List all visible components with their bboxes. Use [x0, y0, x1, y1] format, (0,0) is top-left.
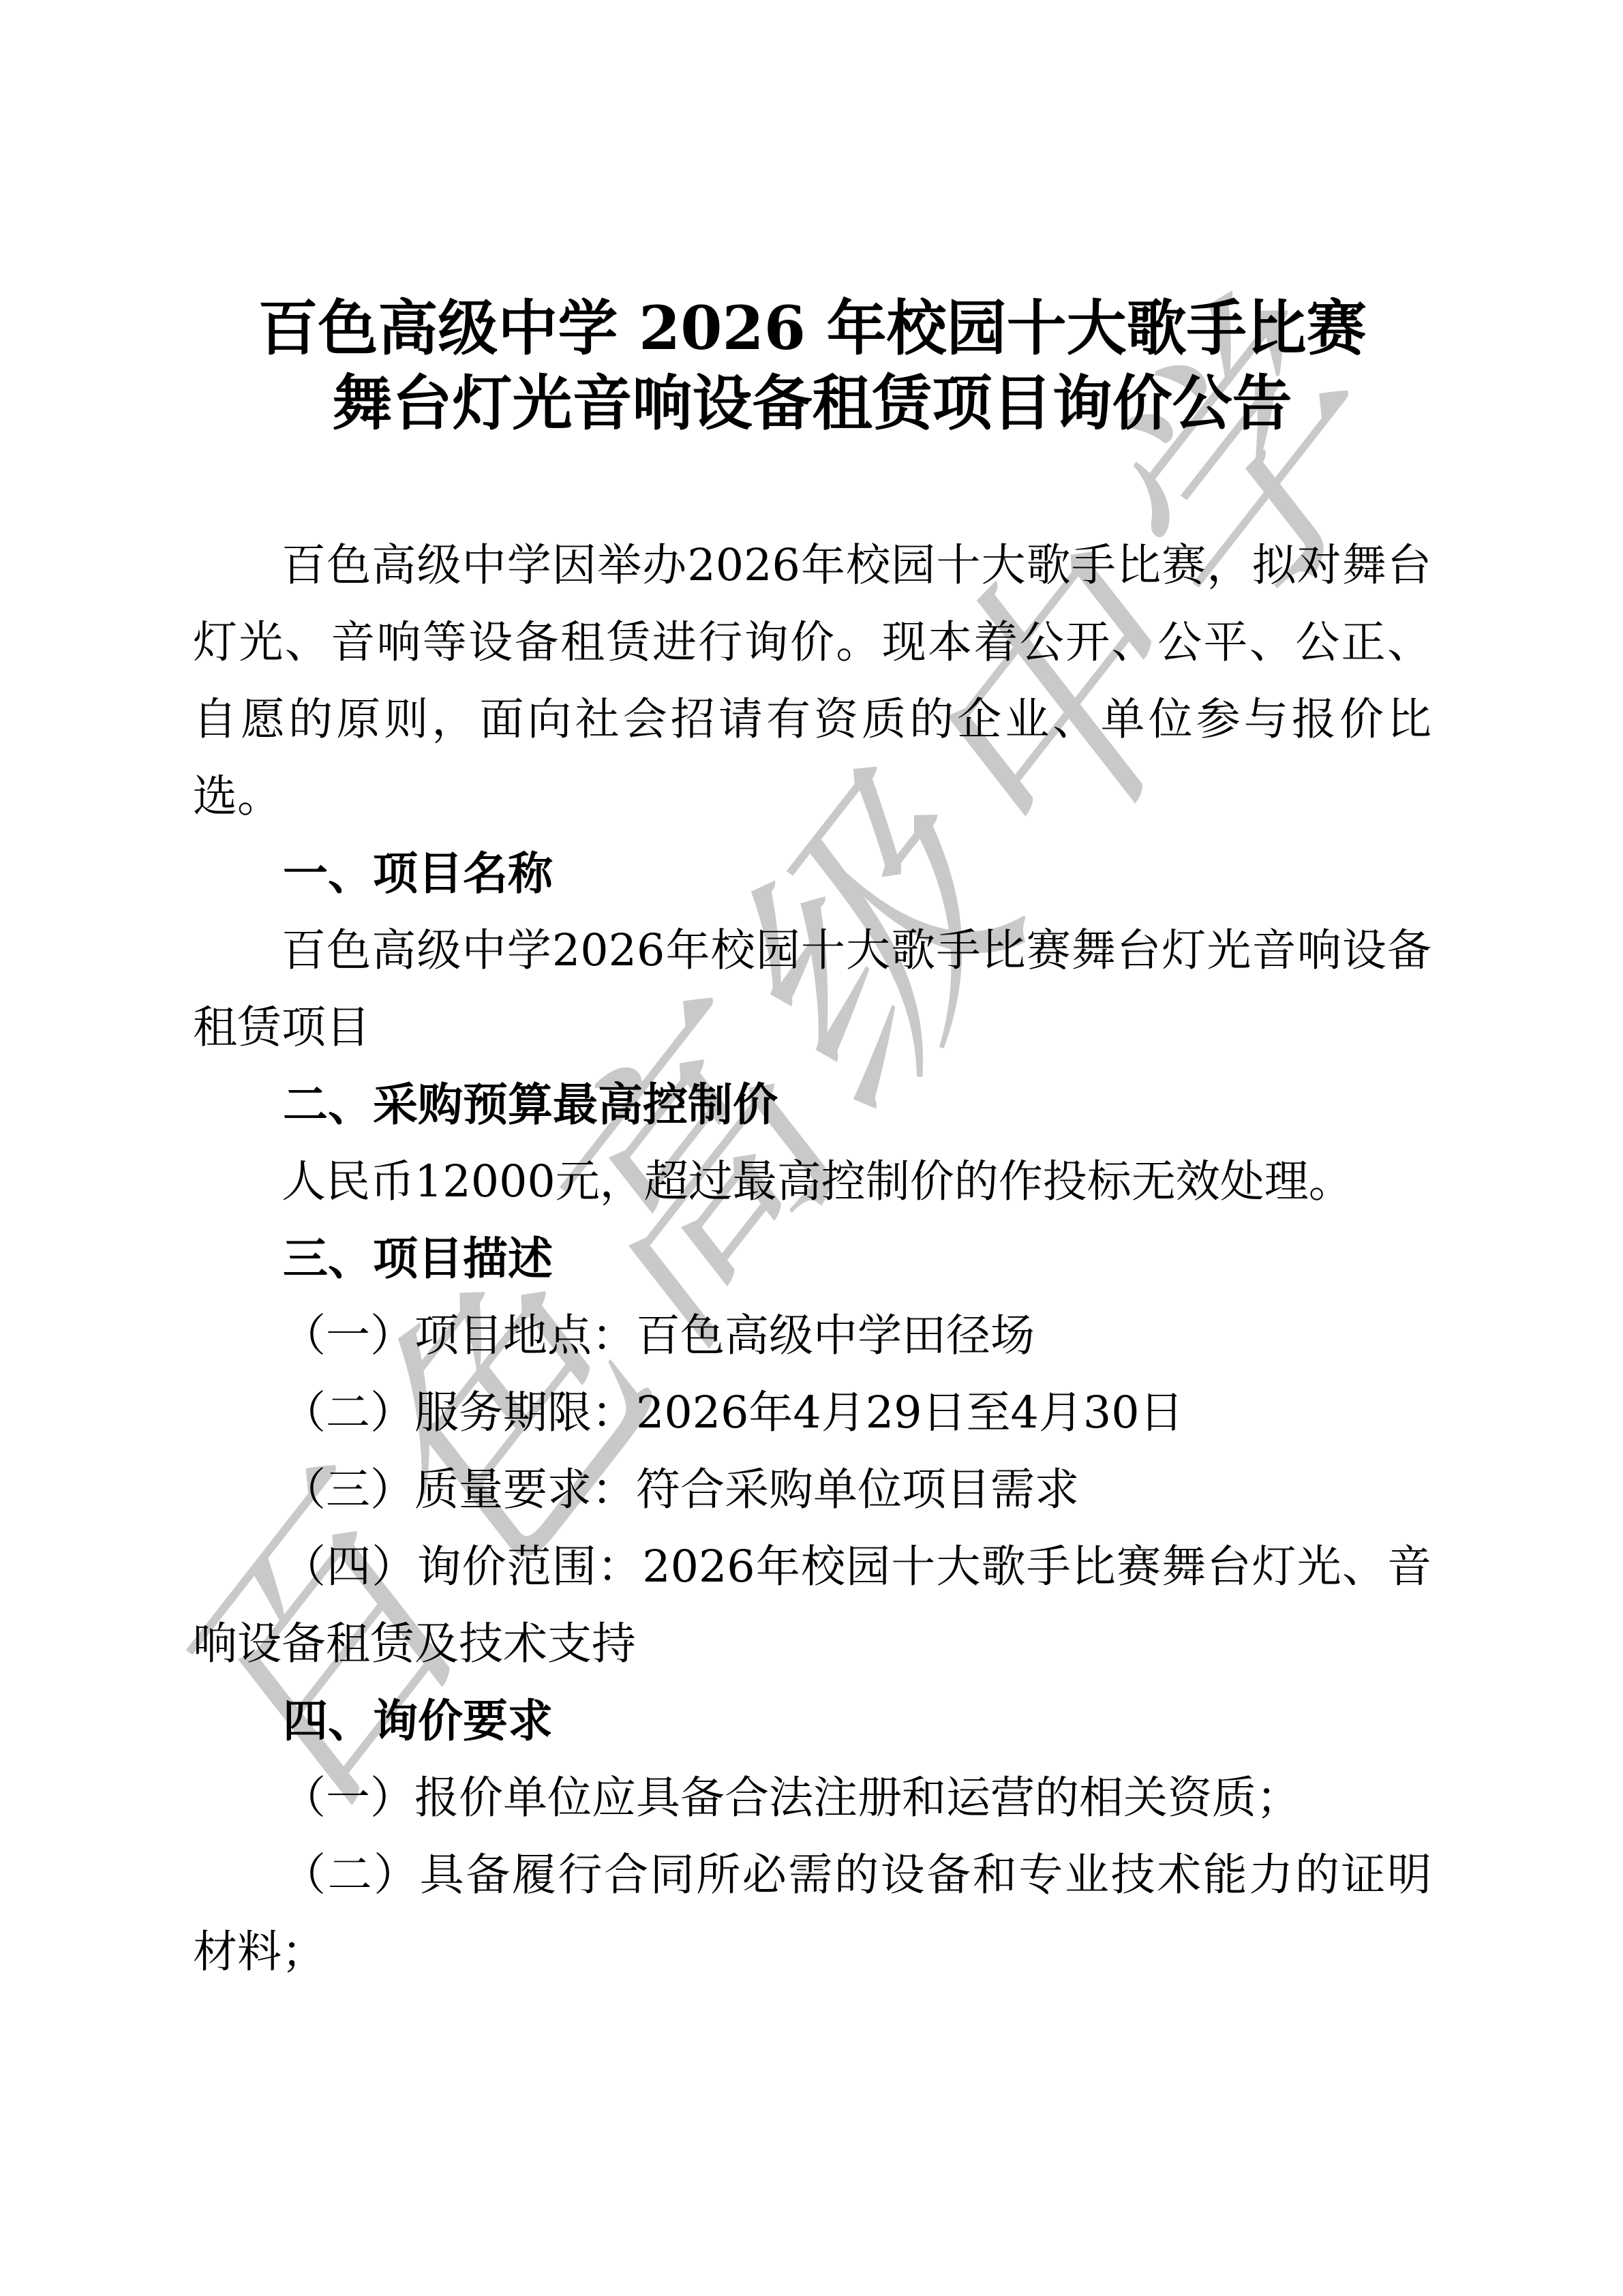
section-4-paragraph-1: （一）报价单位应具备合法注册和运营的相关资质； — [193, 1759, 1431, 1837]
section-4-paragraph-2: （二）具备履行合同所必需的设备和专业技术能力的证明材料； — [193, 1837, 1431, 1991]
document-title-line2: 舞台灯光音响设备租赁项目询价公告 — [193, 365, 1431, 440]
section-3-paragraph-4: （四）询价范围：2026年校园十大歌手比赛舞台灯光、音响设备租赁及技术支持 — [193, 1528, 1431, 1682]
section-3-paragraph-2: （二）服务期限：2026年4月29日至4月30日 — [193, 1374, 1431, 1451]
section-1-heading: 一、项目名称 — [193, 835, 1431, 912]
section-3-paragraph-3: （三）质量要求：符合采购单位项目需求 — [193, 1451, 1431, 1528]
section-4-heading: 四、询价要求 — [193, 1682, 1431, 1759]
section-1-paragraph-1: 百色高级中学2026年校园十大歌手比赛舞台灯光音响设备租赁项目 — [193, 912, 1431, 1066]
section-2-heading: 二、采购预算最高控制价 — [193, 1066, 1431, 1143]
document-body: 百色高级中学因举办2026年校园十大歌手比赛，拟对舞台灯光、音响等设备租赁进行询… — [193, 527, 1431, 1991]
section-3-paragraph-1: （一）项目地点：百色高级中学田径场 — [193, 1297, 1431, 1374]
document-title: 百色高级中学 2026 年校园十大歌手比赛 舞台灯光音响设备租赁项目询价公告 — [193, 290, 1431, 440]
document-content: 百色高级中学 2026 年校园十大歌手比赛 舞台灯光音响设备租赁项目询价公告 百… — [193, 0, 1431, 1991]
document-page: 百色高级中学 百色高级中学 2026 年校园十大歌手比赛 舞台灯光音响设备租赁项… — [0, 0, 1623, 2296]
section-2-paragraph-1: 人民币12000元，超过最高控制价的作投标无效处理。 — [193, 1143, 1431, 1220]
intro-paragraph: 百色高级中学因举办2026年校园十大歌手比赛，拟对舞台灯光、音响等设备租赁进行询… — [193, 527, 1431, 835]
document-title-line1: 百色高级中学 2026 年校园十大歌手比赛 — [193, 290, 1431, 365]
section-3-heading: 三、项目描述 — [193, 1220, 1431, 1297]
